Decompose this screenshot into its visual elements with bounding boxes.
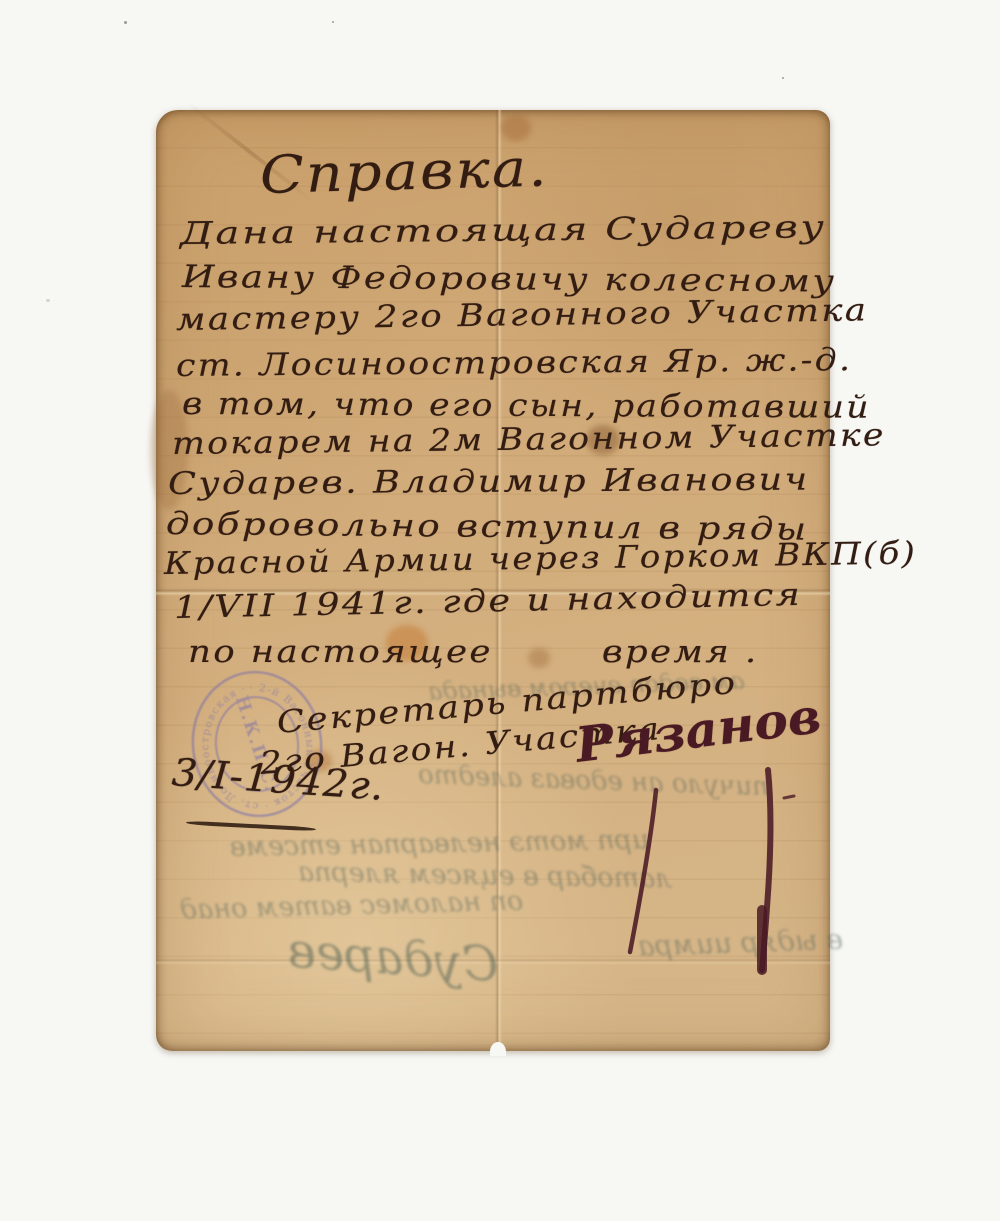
handwritten-line: мастеру 2го Вагонного Участка: [176, 292, 869, 338]
certificate-paper: ам водоп ечером вынада пичуло ан едоваз …: [156, 110, 830, 1051]
dust-speck: [124, 21, 127, 24]
dust-speck: [46, 299, 50, 302]
handwritten-line: Дана настоящая Судареву: [180, 209, 827, 252]
paper-stain: [501, 115, 531, 141]
ink-bleedthrough-line: оп наломес ватем онад: [180, 886, 524, 926]
document-title: Справка.: [259, 138, 549, 206]
ink-bleedthrough-line: Сударев: [286, 923, 500, 994]
ink-bleedthrough-line: в ыдяр иимра: [637, 922, 843, 962]
handwritten-line: по настоящее время .: [188, 634, 758, 670]
paper-notch: [490, 1042, 506, 1056]
handwritten-line: 1/VII 1941г. где и находится: [174, 577, 803, 626]
scanner-background: ам водоп ечером вынада пичуло ан едоваз …: [0, 0, 1000, 1221]
dust-speck: [332, 21, 334, 23]
dust-speck: [782, 77, 784, 79]
handwritten-line: ст. Лосиноостровская Яр. ж.-д.: [176, 342, 853, 384]
handwritten-line: токарем на 2м Вагонном Участке: [172, 417, 886, 462]
handwritten-line: Сударев. Владимир Иванович: [168, 462, 810, 502]
